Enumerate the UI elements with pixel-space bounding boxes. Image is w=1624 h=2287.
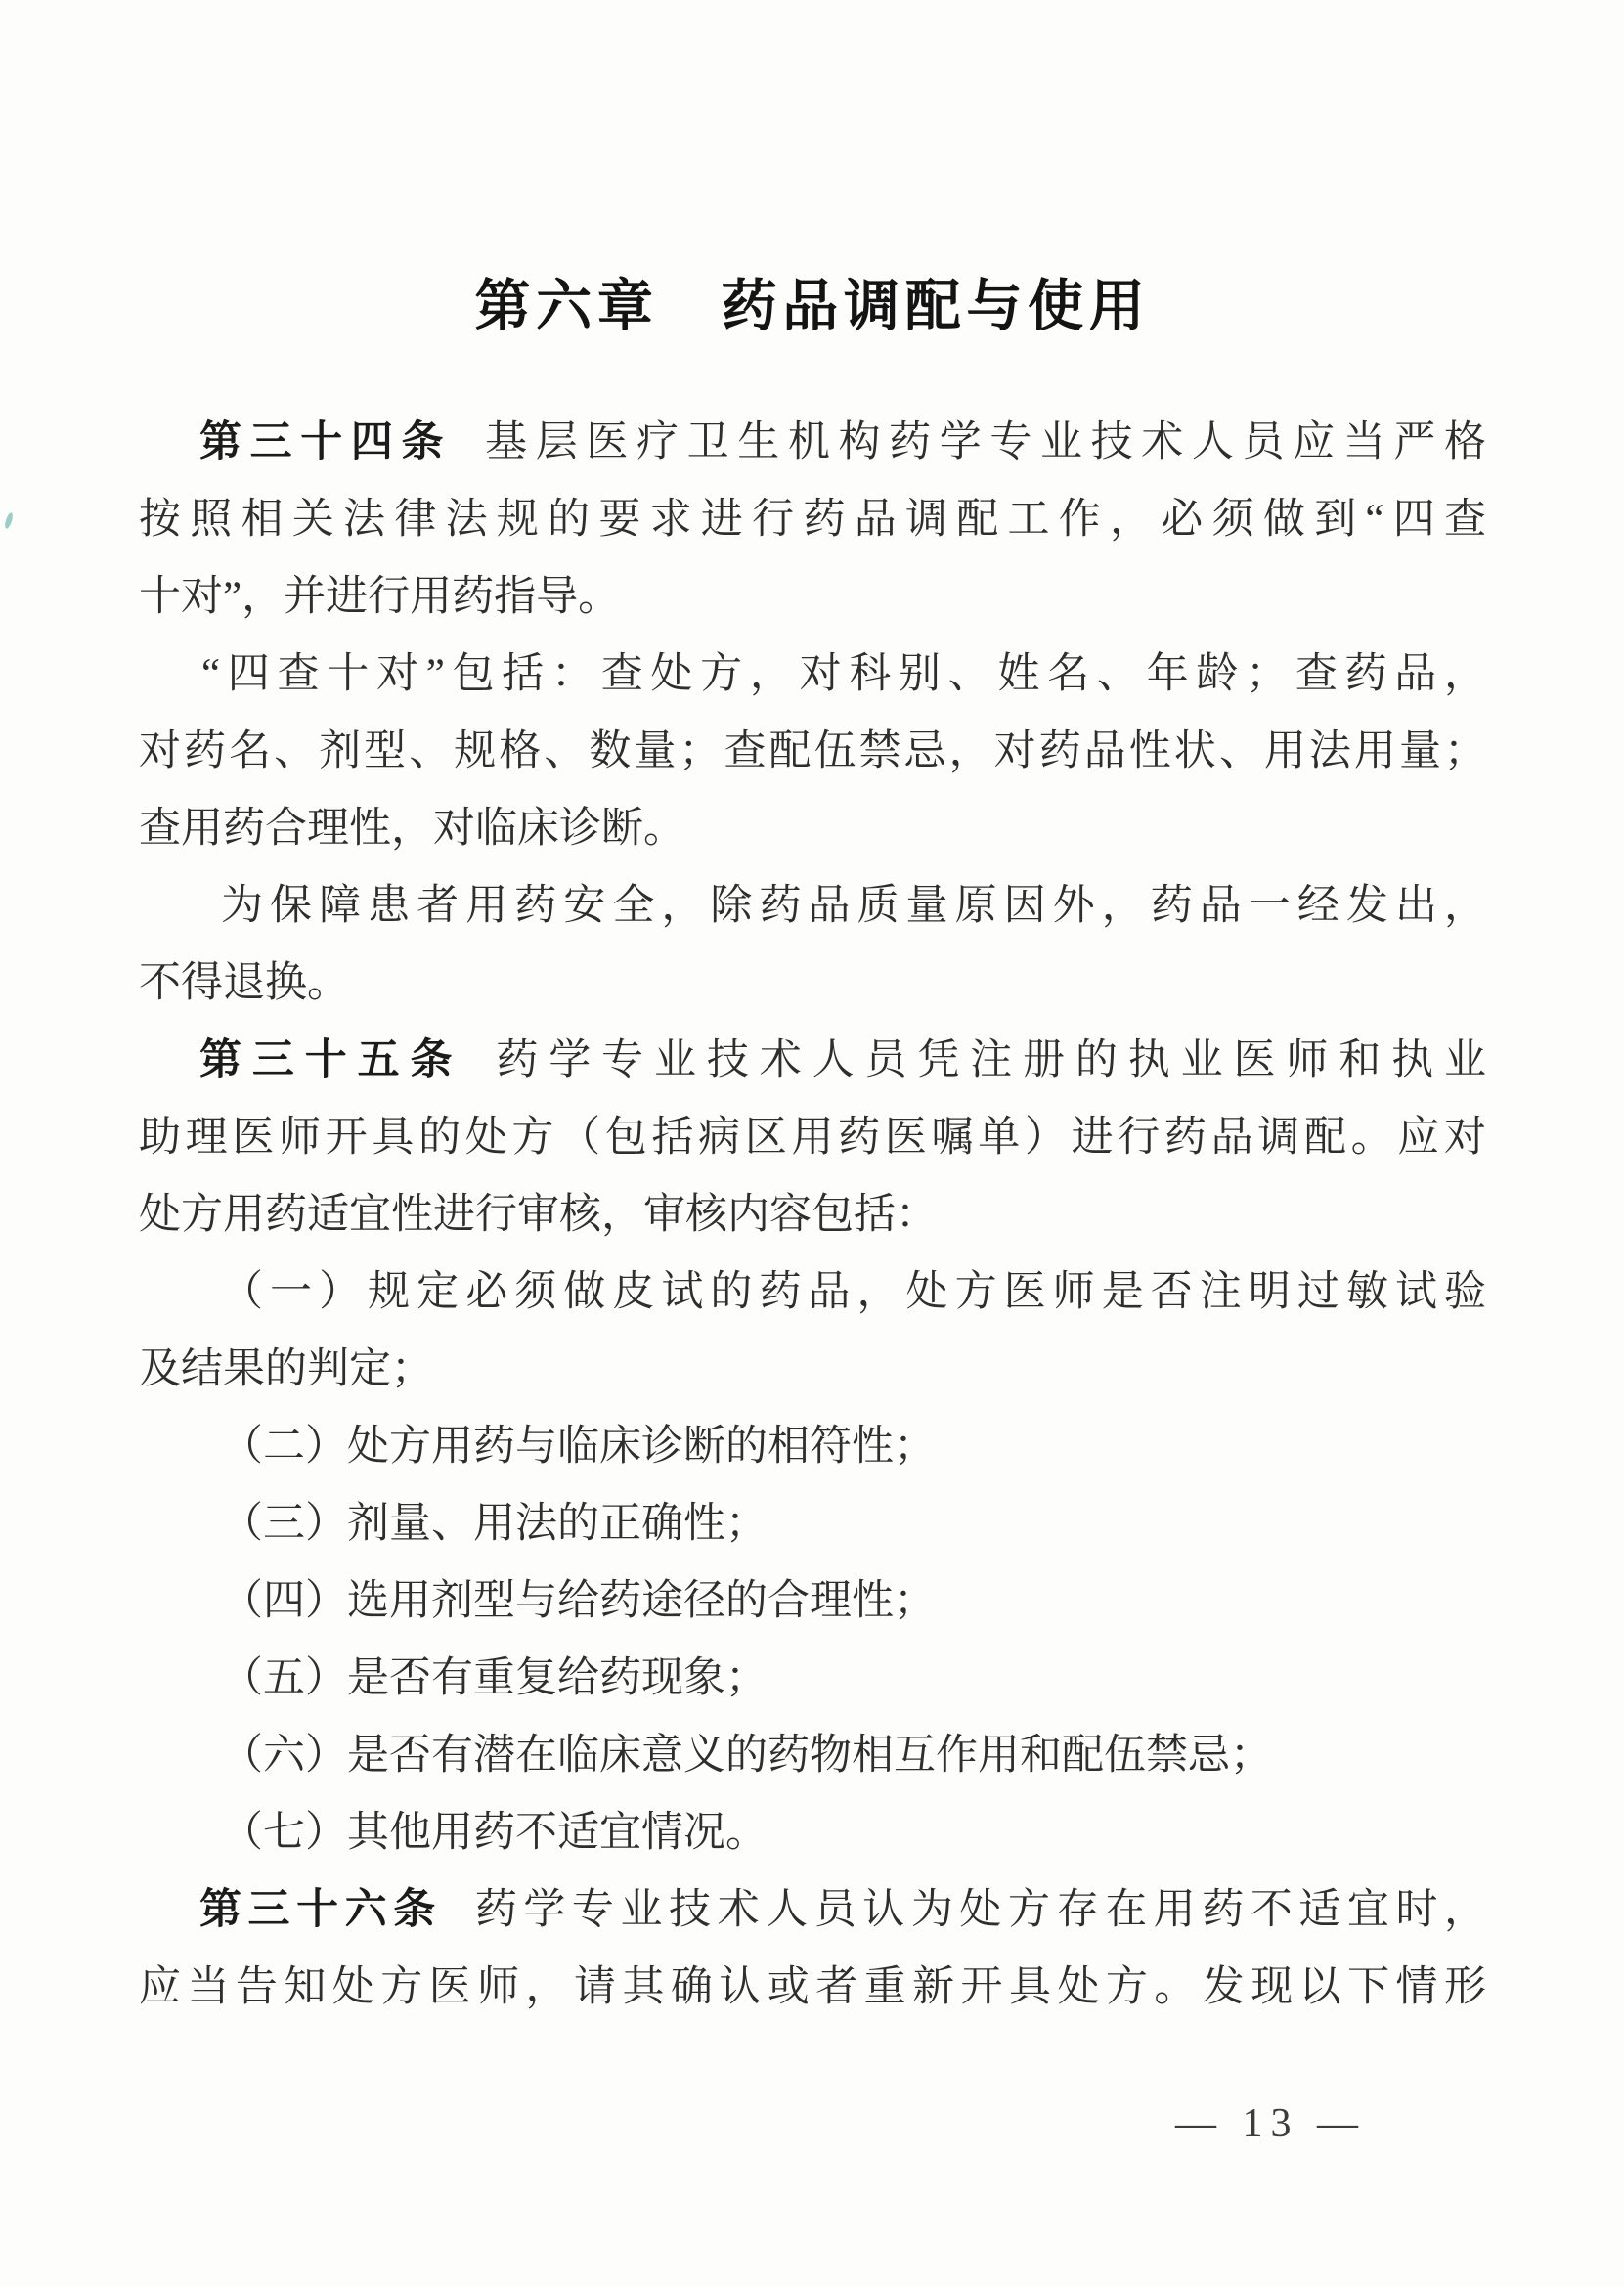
text-line: （六）是否有潜在临床意义的药物相互作用和配伍禁忌； [139, 1717, 1486, 1794]
page-number: — 13 — [1175, 2100, 1366, 2147]
document-page: 第六章药品调配与使用 第三十四条基层医疗卫生机构药学专业技术人员应当严格按照相关… [0, 0, 1624, 2287]
text-line: （三）剂量、用法的正确性； [139, 1485, 1486, 1562]
paragraph: （四）选用剂型与给药途径的合理性； [139, 1562, 1486, 1640]
text-line: 为保障患者用药安全，除药品质量原因外，药品一经发出， [139, 867, 1486, 945]
text-line: 查用药合理性，对临床诊断。 [139, 790, 1486, 867]
text-line: “四查十对”包括：查处方，对科别、姓名、年龄；查药品， [139, 636, 1486, 713]
text-line: （二）处方用药与临床诊断的相符性； [139, 1408, 1486, 1485]
text-line: 及结果的判定； [139, 1331, 1486, 1408]
text-line: 应当告知处方医师，请其确认或者重新开具处方。发现以下情形 [139, 1949, 1486, 2026]
text-line: （七）其他用药不适宜情况。 [139, 1794, 1486, 1871]
text-line: 对药名、剂型、规格、数量；查配伍禁忌，对药品性状、用法用量； [139, 713, 1486, 790]
text-line: 第三十六条药学专业技术人员认为处方存在用药不适宜时， [139, 1871, 1486, 1949]
paragraph: 第三十五条药学专业技术人员凭注册的执业医师和执业助理医师开具的处方（包括病区用药… [139, 1022, 1486, 1253]
paragraph: （二）处方用药与临床诊断的相符性； [139, 1408, 1486, 1485]
scan-artifact [4, 511, 15, 529]
paragraph: （三）剂量、用法的正确性； [139, 1485, 1486, 1562]
text-line: 不得退换。 [139, 945, 1486, 1022]
text-line: 第三十五条药学专业技术人员凭注册的执业医师和执业 [139, 1022, 1486, 1099]
text-line: 按照相关法律法规的要求进行药品调配工作，必须做到“四查 [139, 481, 1486, 558]
paragraph: 第三十四条基层医疗卫生机构药学专业技术人员应当严格按照相关法律法规的要求进行药品… [139, 404, 1486, 636]
text-line: 第三十四条基层医疗卫生机构药学专业技术人员应当严格 [139, 404, 1486, 481]
paragraph: 第三十六条药学专业技术人员认为处方存在用药不适宜时，应当告知处方医师，请其确认或… [139, 1871, 1486, 2026]
paragraph: （一）规定必须做皮试的药品，处方医师是否注明过敏试验及结果的判定； [139, 1253, 1486, 1408]
article-number: 第三十五条 [199, 1037, 496, 1083]
article-number: 第三十六条 [199, 1887, 475, 1933]
text-line: （四）选用剂型与给药途径的合理性； [139, 1562, 1486, 1640]
document-body-column: 第六章药品调配与使用 第三十四条基层医疗卫生机构药学专业技术人员应当严格按照相关… [139, 0, 1486, 2026]
text-line: 处方用药适宜性进行审核，审核内容包括： [139, 1176, 1486, 1253]
document-body: 第三十四条基层医疗卫生机构药学专业技术人员应当严格按照相关法律法规的要求进行药品… [139, 404, 1486, 2026]
text-line: （五）是否有重复给药现象； [139, 1640, 1486, 1717]
paragraph: （六）是否有潜在临床意义的药物相互作用和配伍禁忌； [139, 1717, 1486, 1794]
text-line: （一）规定必须做皮试的药品，处方医师是否注明过敏试验 [139, 1253, 1486, 1331]
text-line: 助理医师开具的处方（包括病区用药医嘱单）进行药品调配。应对 [139, 1099, 1486, 1176]
chapter-title: 第六章药品调配与使用 [139, 275, 1486, 339]
chapter-name: 药品调配与使用 [722, 276, 1151, 337]
paragraph: （七）其他用药不适宜情况。 [139, 1794, 1486, 1871]
paragraph: “四查十对”包括：查处方，对科别、姓名、年龄；查药品，对药名、剂型、规格、数量；… [139, 636, 1486, 867]
paragraph: （五）是否有重复给药现象； [139, 1640, 1486, 1717]
paragraph: 为保障患者用药安全，除药品质量原因外，药品一经发出，不得退换。 [139, 867, 1486, 1022]
text-line: 十对”，并进行用药指导。 [139, 558, 1486, 636]
chapter-number: 第六章 [474, 276, 658, 337]
article-number: 第三十四条 [199, 419, 485, 465]
